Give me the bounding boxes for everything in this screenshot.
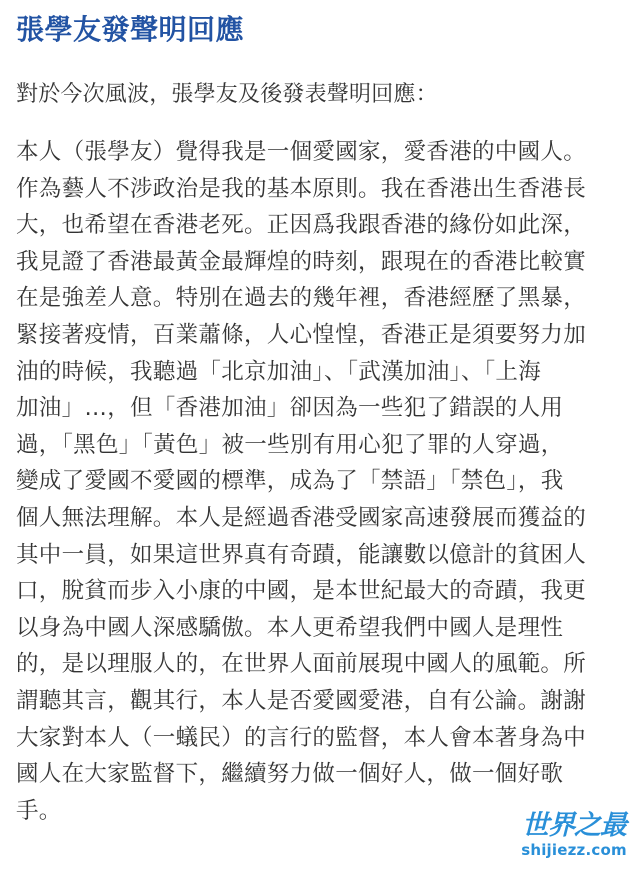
statement-line: 以身為中國人深感驕傲。本人更希望我們中國人是理性 xyxy=(16,610,631,647)
statement-line: 本人（張學友）覺得我是一個愛國家，愛香港的中國人。 xyxy=(16,134,631,171)
statement-line: 油的時候，我聽過「北京加油」、「武漢加油」、「上海 xyxy=(16,354,631,391)
article-intro: 對於今次風波，張學友及後發表聲明回應： xyxy=(16,80,438,110)
statement-line: 我見證了香港最黃金最輝煌的時刻，跟現在的香港比較實 xyxy=(16,244,631,281)
watermark-brand-logo: 世界之最 xyxy=(514,811,634,841)
statement-line: 加油」…，但「香港加油」卻因為一些犯了錯誤的人用 xyxy=(16,390,631,427)
statement-line: 在是強差人意。特別在過去的幾年裡，香港經歷了黑暴， xyxy=(16,280,631,317)
statement-line: 大家對本人（一蟻民）的言行的監督，本人會本著身為中 xyxy=(16,720,631,757)
statement-line: 的，是以理服人的，在世界人面前展現中國人的風範。所 xyxy=(16,646,631,683)
statement-line: 其中一員，如果這世界真有奇蹟，能讓數以億計的貧困人 xyxy=(16,537,631,574)
statement-line: 大，也希望在香港老死。正因爲我跟香港的緣份如此深， xyxy=(16,207,631,244)
statement-line: 國人在大家監督下，繼續努力做一個好人，做一個好歌 xyxy=(16,756,631,793)
statement-line: 口，脫貧而步入小康的中國，是本世紀最大的奇蹟，我更 xyxy=(16,573,631,610)
statement-line: 緊接著疫情，百業蕭條，人心惶惶，香港正是須要努力加 xyxy=(16,317,631,354)
statement-line: 個人無法理解。本人是經過香港受國家高速發展而獲益的 xyxy=(16,500,631,537)
statement-line: 作為藝人不涉政治是我的基本原則。我在香港出生香港長 xyxy=(16,171,631,208)
site-watermark: 世界之最 shijiezz.com xyxy=(514,811,634,859)
article-title: 張學友發聲明回應 xyxy=(16,12,244,48)
statement-body: 本人（張學友）覺得我是一個愛國家，愛香港的中國人。 作為藝人不涉政治是我的基本原… xyxy=(16,134,631,829)
watermark-url: shijiezz.com xyxy=(514,841,634,859)
statement-line: 變成了愛國不愛國的標準，成為了「禁語」「禁色」，我 xyxy=(16,463,631,500)
statement-line: 過，「黑色」「黃色」被一些別有用心犯了罪的人穿過， xyxy=(16,427,631,464)
statement-line: 謂聽其言，觀其行，本人是否愛國愛港，自有公論。謝謝 xyxy=(16,683,631,720)
